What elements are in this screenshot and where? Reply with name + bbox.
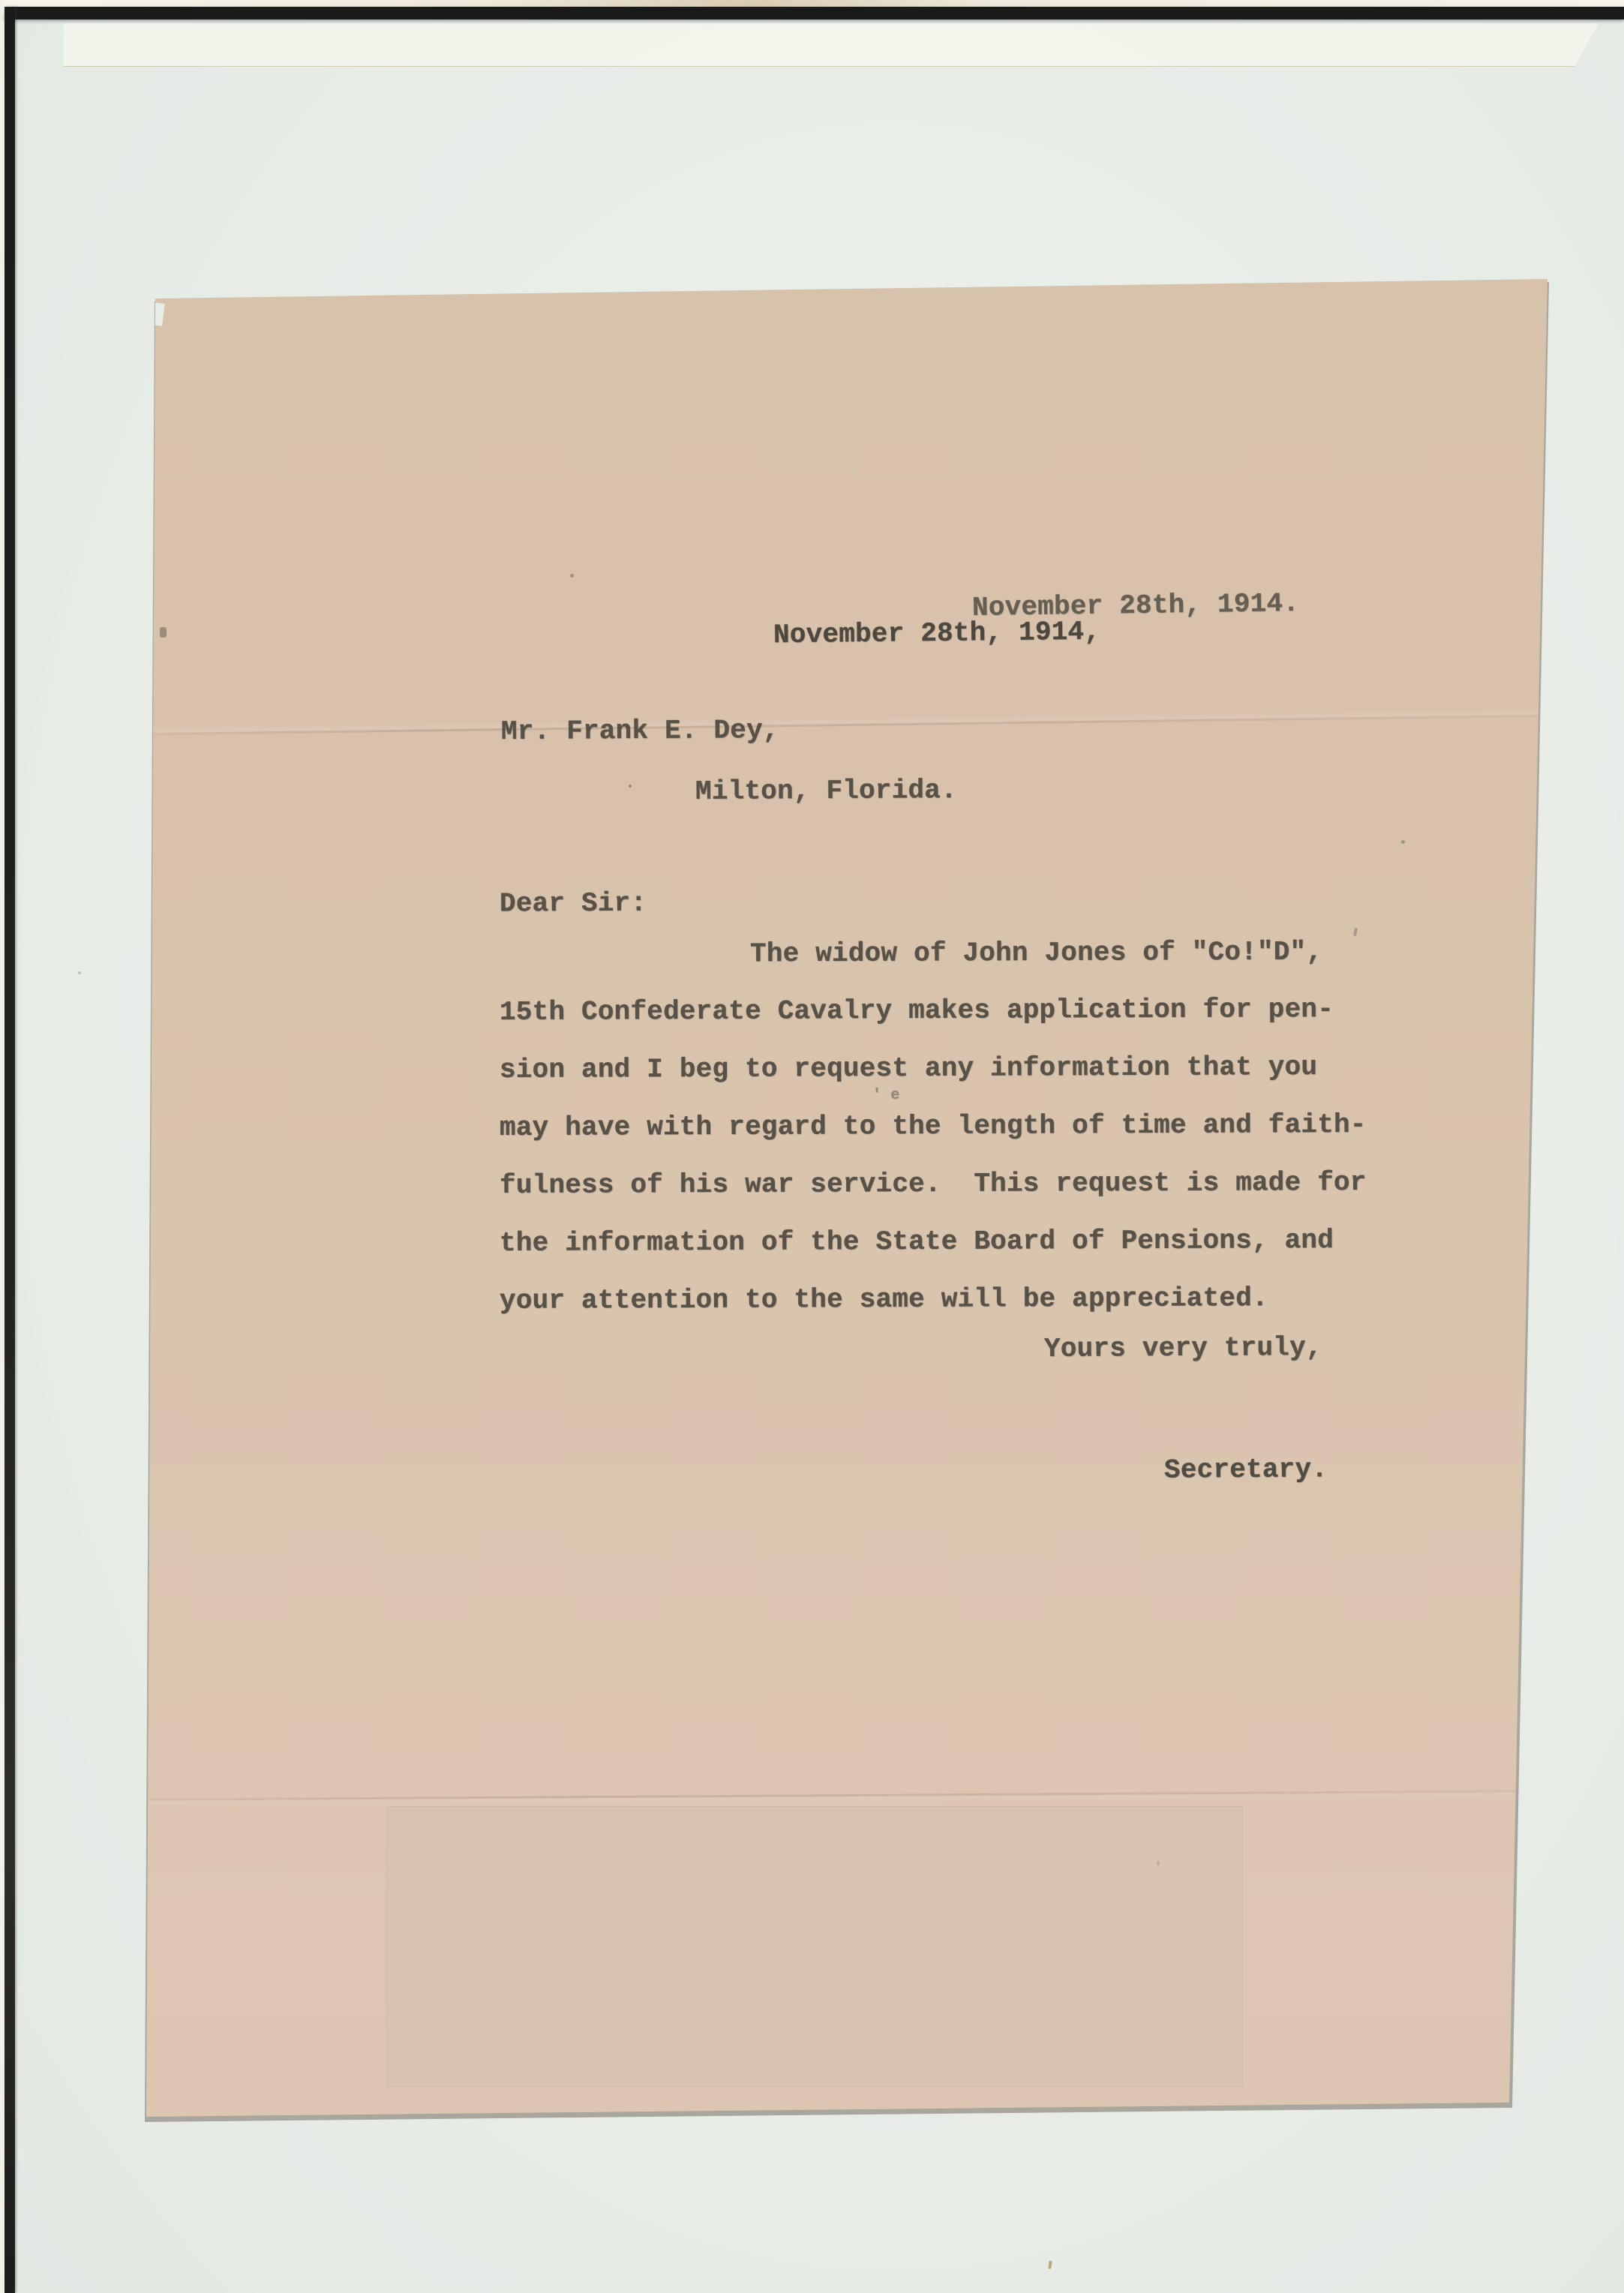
backing-top-band [64, 23, 1601, 67]
body-line: The widow of John Jones of "Co!"D", [750, 937, 1322, 970]
letter-scan: November 28th, 1914. November 28th, 1914… [0, 0, 1624, 2293]
closing-line: Yours very truly, [1044, 1332, 1322, 1364]
recipient-name-line: Mr. Frank E. Dey, [501, 715, 779, 747]
signature-title-line: Secretary. [1164, 1454, 1328, 1486]
body-line: fulness of his war service. This request… [500, 1167, 1367, 1201]
body-line: sion and I beg to request any informatio… [500, 1052, 1317, 1085]
stray-ink-mark: ' e [872, 1087, 900, 1104]
ink-speck [160, 627, 167, 638]
ink-speck [570, 574, 574, 578]
dust-speck [78, 971, 81, 974]
body-line: the information of the State Board of Pe… [500, 1225, 1334, 1259]
letter-paper [0, 0, 1624, 2293]
black-border-top [5, 7, 1624, 20]
date-line: November 28th, 1914, [773, 617, 1100, 651]
fold-crease-upper [150, 715, 1553, 735]
body-line: 15th Confederate Cavalry makes applicati… [500, 994, 1334, 1028]
body-line: your attention to the same will be appre… [500, 1283, 1268, 1316]
ink-speck [629, 785, 632, 788]
paper-fleck [1157, 1860, 1160, 1865]
ink-speck [1401, 840, 1405, 844]
salutation-line: Dear Sir: [500, 888, 647, 920]
recipient-city-line: Milton, Florida. [695, 775, 957, 807]
black-border-left [5, 7, 15, 2293]
body-line: may have with regard to the length of ti… [500, 1109, 1367, 1143]
scan-top-edge [0, 0, 1624, 7]
show-through-rectangle [386, 1806, 1243, 2087]
fold-crease-lower [150, 1790, 1553, 1800]
